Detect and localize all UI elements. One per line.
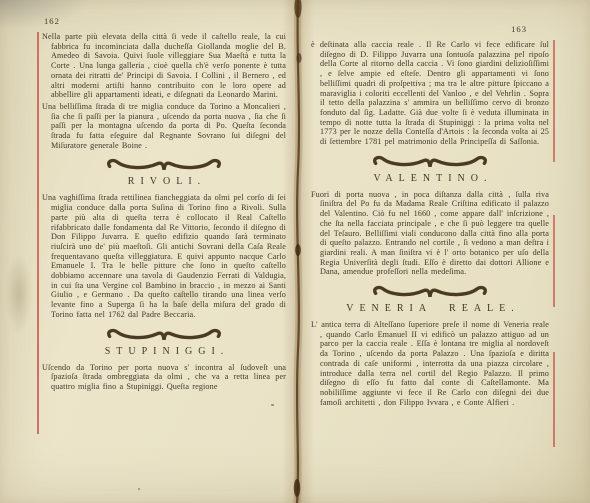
margin-rule-right-3 bbox=[553, 352, 555, 447]
page-right: 163 è deſtinata alla caccia reale . Il R… bbox=[298, 0, 590, 503]
book-spread: 162 Nella parte più elevata della città … bbox=[0, 0, 590, 503]
ink-speck bbox=[138, 488, 140, 490]
page-number-right: 163 bbox=[311, 24, 549, 34]
margin-rule-right-2 bbox=[553, 215, 555, 307]
ornament-flourish bbox=[366, 284, 494, 301]
paragraph-strada-moncalieri: Una belliſſima ſtrada di tre miglia cond… bbox=[42, 102, 286, 151]
ornament-flourish bbox=[100, 327, 228, 344]
ornament-flourish bbox=[100, 157, 228, 174]
book-scan: 162 Nella parte più elevata della città … bbox=[0, 0, 590, 503]
margin-rule-left bbox=[37, 32, 39, 434]
margin-rule-right-1 bbox=[553, 40, 555, 162]
stain bbox=[0, 238, 38, 350]
right-text-column: 163 è deſtinata alla caccia reale . Il R… bbox=[311, 24, 549, 407]
paragraph-castello-reale: Nella parte più elevata della città ſi v… bbox=[42, 32, 286, 100]
ornament-flourish bbox=[366, 154, 494, 171]
page-left: 162 Nella parte più elevata della città … bbox=[0, 0, 292, 503]
page-number-left: 162 bbox=[44, 16, 286, 26]
paragraph-rivoli: Una vaghiſſima ſtrada rettilinea fianche… bbox=[42, 193, 286, 319]
section-heading-valentino: VALENTINO. bbox=[311, 173, 549, 184]
section-heading-veneria-reale: VENERIA REALE. bbox=[311, 303, 549, 314]
ink-speck bbox=[271, 404, 274, 406]
section-heading-rivoli: RIVOLI. bbox=[42, 176, 286, 187]
paragraph-veneria-reale: L' antica terra di Alteſſano ſuperiore p… bbox=[311, 320, 549, 407]
section-heading-stupiniggi: STUPINIGGI. bbox=[42, 346, 286, 357]
paragraph-caccia-reale: è deſtinata alla caccia reale . Il Re Ca… bbox=[311, 40, 549, 147]
paragraph-stupiniggi: Uſcendo da Torino per porta nuova s' inc… bbox=[42, 363, 286, 392]
left-text-column: 162 Nella parte più elevata della città … bbox=[42, 16, 286, 392]
paragraph-valentino: Fuori di porta nuova , in poca diſtanza … bbox=[311, 190, 549, 277]
